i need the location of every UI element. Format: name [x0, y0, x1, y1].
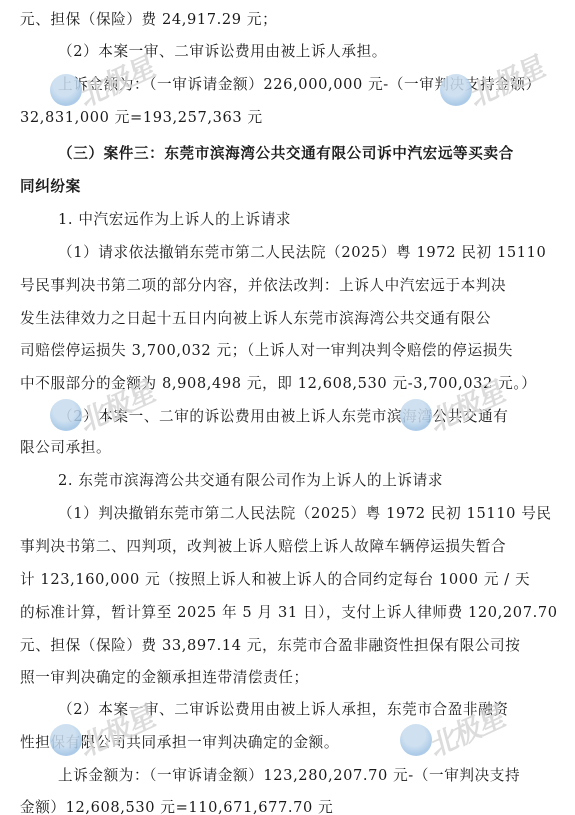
text-line: （2）本案一审、二审诉讼费用由被上诉人承担，东莞市合盈非融资: [58, 700, 509, 720]
text-line: 司赔偿停运损失 3,700,032 元；（上诉人对一审判决判令赔偿的停运损失: [20, 341, 513, 361]
text-line: 号民事判决书第二项的部分内容，并依法改判：上诉人中汽宏远于本判决: [20, 276, 506, 296]
text-line: 限公司承担。: [20, 438, 111, 458]
text-line: 32,831,000 元=193,257,363 元: [20, 108, 263, 128]
section-heading: 同纠纷案: [20, 177, 81, 197]
watermark-logo-icon: [400, 724, 432, 756]
text-line: 金额）12,608,530 元=110,671,677.70 元: [20, 798, 333, 815]
text-line: 元、担保（保险）费 24,917.29 元；: [20, 10, 277, 30]
text-line: （1）判决撤销东莞市第二人民法院（2025）粤 1972 民初 15110 号民: [58, 504, 552, 524]
text-line: 事判决书第二、四判项，改判被上诉人赔偿上诉人故障车辆停运损失暂合: [20, 537, 506, 557]
text-line: 元、担保（保险）费 33,897.14 元，东莞市合盈非融资性担保有限公司按: [20, 636, 520, 656]
text-line: （2）本案一、二审的诉讼费用由被上诉人东莞市滨海湾公共交通有: [58, 407, 509, 427]
text-line: 上诉金额为：（一审诉请金额）123,280,207.70 元-（一审判决支持: [58, 766, 520, 786]
text-line: 的标准计算，暂计算至 2025 年 5 月 31 日），支付上诉人律师费 120…: [20, 603, 558, 623]
text-line: 发生法律效力之日起十五日内向被上诉人东莞市滨海湾公共交通有限公: [20, 309, 491, 329]
subheading: 2. 东莞市滨海湾公共交通有限公司作为上诉人的上诉请求: [58, 471, 443, 491]
text-line: （2）本案一审、二审诉讼费用由被上诉人承担。: [58, 42, 387, 62]
text-line: 中不服部分的金额为 8,908,498 元，即 12,608,530 元-3,7…: [20, 374, 536, 394]
text-line: 计 123,160,000 元（按照上诉人和被上诉人的合同约定每台 1000 元…: [20, 570, 530, 590]
section-heading: （三）案件三：东莞市滨海湾公共交通有限公司诉中汽宏远等买卖合: [58, 144, 514, 164]
text-line: 照一审判决确定的金额承担连带清偿责任；: [20, 668, 309, 688]
text-line: （1）请求依法撤销东莞市第二人民法院（2025）粤 1972 民初 15110: [58, 243, 546, 263]
document-page: 元、担保（保险）费 24,917.29 元； （2）本案一审、二审诉讼费用由被上…: [0, 0, 575, 815]
text-line: 性担保有限公司共同承担一审判决确定的金额。: [20, 733, 339, 753]
text-line: 上诉金额为：（一审诉请金额）226,000,000 元-（一审判决支持金额）: [58, 75, 541, 95]
subheading: 1. 中汽宏远作为上诉人的上诉请求: [58, 210, 291, 230]
